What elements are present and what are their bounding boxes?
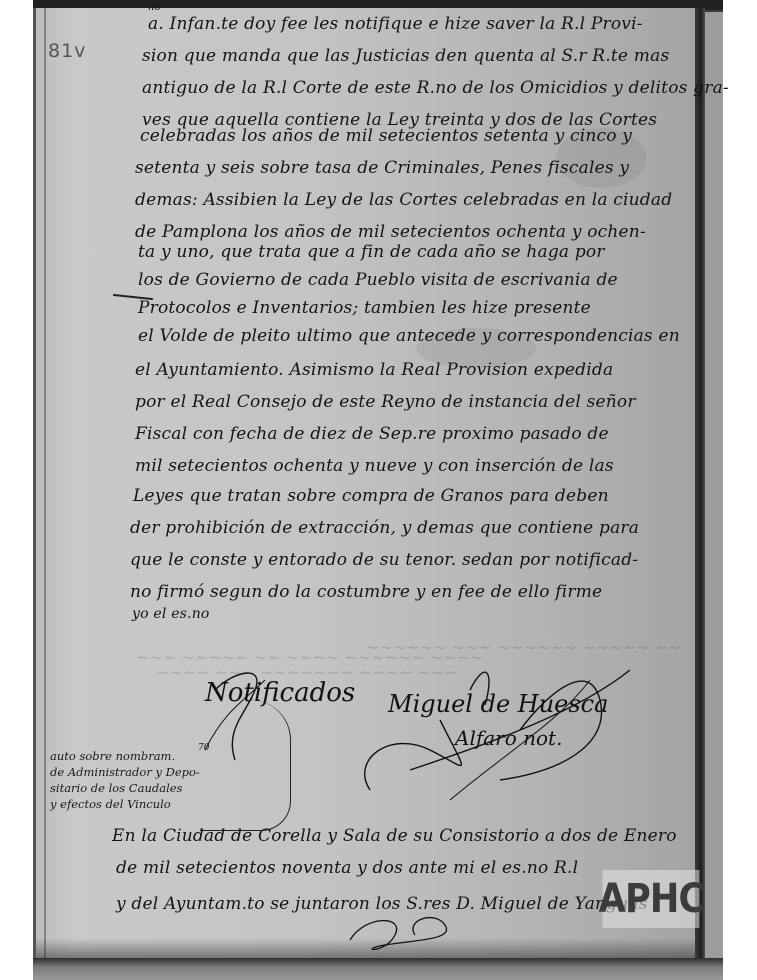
body-line: a. Infan.te doy fee les notifique e hize… (148, 14, 643, 34)
body-line: por el Real Consejo de este Reyno de ins… (135, 392, 636, 412)
margin-note: 70 auto sobre nombram. de Administrador … (50, 748, 230, 812)
body-line: Protocolos e Inventarios; tambien les hi… (138, 298, 591, 318)
line-superscript: no (148, 2, 161, 13)
body-line: mil setecientos ochenta y nueve y con in… (135, 456, 614, 476)
body-line: demas: Assibien la Ley de las Cortes cel… (135, 190, 672, 210)
body-line: de Pamplona los años de mil setecientos … (135, 222, 646, 242)
aphc-watermark-logo: APHC (603, 870, 700, 928)
adjacent-leaf (705, 12, 723, 958)
body-line: Leyes que tratan sobre compra de Granos … (133, 486, 609, 506)
margin-note-line: y efectos del Vinculo (50, 796, 230, 812)
folio-number: 81v (48, 40, 86, 62)
margin-note-line: sitario de los Caudales (50, 780, 230, 796)
bleed-through-text: ~~~~~~ ~~~ ~~~~~~ ~~~~~ ~~ (366, 638, 681, 657)
closing-line: En la Ciudad de Corella y Sala de su Con… (112, 826, 677, 846)
book-binding (695, 8, 705, 958)
body-line: sion que manda que las Justicias den que… (142, 46, 669, 66)
body-line: los de Govierno de cada Pueblo visita de… (138, 270, 618, 290)
body-line: ta y uno, que trata que a fin de cada añ… (138, 242, 605, 262)
body-line: el Ayuntamiento. Asimismo la Real Provis… (135, 360, 613, 380)
body-line: setenta y seis sobre tasa de Criminales,… (135, 158, 629, 178)
body-line: celebradas los años de mil setecientos s… (140, 126, 632, 146)
body-line: Fiscal con fecha de diez de Sep.re proxi… (135, 424, 609, 444)
closing-rubric-flourish (345, 910, 465, 950)
manuscript-page: ~~~ ~~~~~ ~~ ~~~~ ~~~~~~ ~~~~ ~~~~~~ ~~~… (33, 8, 698, 958)
body-line: der prohibición de extracción, y demas q… (130, 518, 639, 538)
notary-rubric-flourish (350, 660, 650, 800)
body-line: el Volde de pleito ultimo que antecede y… (138, 326, 680, 346)
body-line: yo el es.no (132, 606, 210, 622)
margin-note-line: de Administrador y Depo- (50, 764, 230, 780)
body-line: que le conste y entorado de su tenor. se… (130, 550, 638, 570)
body-line: antiguo de la R.l Corte de este R.no de … (142, 78, 729, 98)
bottom-edge (33, 958, 723, 980)
margin-note-number: 70 (198, 740, 209, 756)
closing-line: de mil setecientos noventa y dos ante mi… (116, 858, 578, 878)
body-line: no firmó segun do la costumbre y en fee … (130, 582, 602, 602)
